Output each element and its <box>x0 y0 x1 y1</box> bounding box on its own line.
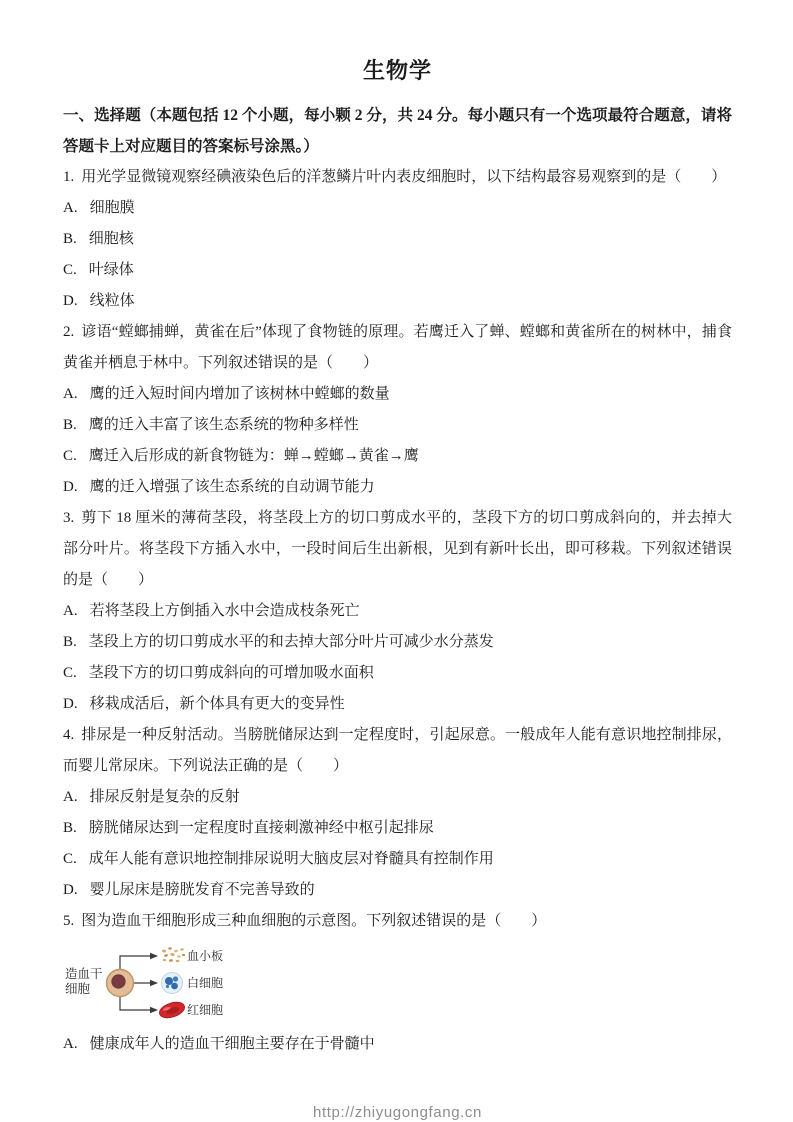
option-label: D. <box>63 882 78 898</box>
question-1-option-d: D.线粒体 <box>63 286 732 317</box>
question-stem-text: 剪下 18 厘米的薄荷茎段，将茎段上方的切口剪成水平的，茎段下方的切口剪成斜向的… <box>63 510 732 588</box>
question-1-stem: 1.用光学显微镜观察经碘液染色后的洋葱鳞片叶内表皮细胞时，以下结构最容易观察到的… <box>63 162 732 193</box>
question-number: 3. <box>63 510 74 526</box>
option-label: D. <box>63 696 78 712</box>
question-stem-text: 谚语“螳螂捕蝉，黄雀在后”体现了食物链的原理。若鹰迁入了蝉、螳螂和黄雀所在的树林… <box>63 324 732 371</box>
stem-cell-label-line2: 细胞 <box>65 982 91 996</box>
question-1-option-c: C.叶绿体 <box>63 255 732 286</box>
option-label: A. <box>63 386 78 402</box>
red-blood-cell-icon <box>157 999 186 1020</box>
option-label: C. <box>63 448 77 464</box>
blood-cell-diagram-svg: 造血干 细胞 <box>63 942 315 1028</box>
question-2-option-c: C.鹰迁入后形成的新食物链为：蝉→螳螂→黄雀→鹰 <box>63 441 732 472</box>
arrowheads <box>150 953 158 1013</box>
option-text: 细胞膜 <box>90 200 135 216</box>
question-5-stem: 5.图为造血干细胞形成三种血细胞的示意图。下列叙述错误的是（ ） <box>63 906 732 937</box>
white-cell-label: 白细胞 <box>187 976 223 990</box>
blood-cell-diagram: 造血干 细胞 <box>63 942 732 1028</box>
option-text: 鹰的迁入增强了该生态系统的自动调节能力 <box>90 479 375 495</box>
option-label: B. <box>63 231 77 247</box>
question-3-option-d: D.移栽成活后，新个体具有更大的变异性 <box>63 689 732 720</box>
option-text: 叶绿体 <box>89 262 134 278</box>
white-blood-cell-icon <box>162 973 183 994</box>
option-label: D. <box>63 479 78 495</box>
question-1-option-a: A.细胞膜 <box>63 193 732 224</box>
question-5: 5.图为造血干细胞形成三种血细胞的示意图。下列叙述错误的是（ ） 造血干 细胞 <box>63 906 732 1060</box>
question-3-stem: 3.剪下 18 厘米的薄荷茎段，将茎段上方的切口剪成水平的，茎段下方的切口剪成斜… <box>63 503 732 596</box>
option-label: B. <box>63 417 77 433</box>
question-4-option-c: C.成年人能有意识地控制排尿说明大脑皮层对脊髓具有控制作用 <box>63 844 732 875</box>
stem-cell-label-line1: 造血干 <box>65 966 103 981</box>
question-4-stem: 4.排尿是一种反射活动。当膀胱储尿达到一定程度时，引起尿意。一般成年人能有意识地… <box>63 720 732 782</box>
option-label: B. <box>63 820 77 836</box>
question-number: 2. <box>63 324 74 340</box>
option-label: D. <box>63 293 78 309</box>
question-3-option-a: A.若将茎段上方倒插入水中会造成枝条死亡 <box>63 596 732 627</box>
option-text: 鹰的迁入短时间内增加了该树林中螳螂的数量 <box>90 386 390 402</box>
option-text: 鹰迁入后形成的新食物链为：蝉→螳螂→黄雀→鹰 <box>89 448 419 464</box>
option-text: 细胞核 <box>89 231 134 247</box>
question-number: 1. <box>63 169 74 185</box>
platelets-label: 血小板 <box>187 948 223 963</box>
option-label: A. <box>63 200 78 216</box>
option-text: 茎段下方的切口剪成斜向的可增加吸水面积 <box>89 665 374 681</box>
question-stem-text: 排尿是一种反射活动。当膀胱储尿达到一定程度时，引起尿意。一般成年人能有意识地控制… <box>63 727 732 774</box>
exam-page: 生物学 一、选择题（本题包括 12 个小题，每小颗 2 分，共 24 分。每小题… <box>0 0 793 1122</box>
question-4-option-b: B.膀胱储尿达到一定程度时直接刺激神经中枢引起排尿 <box>63 813 732 844</box>
question-2: 2.谚语“螳螂捕蝉，黄雀在后”体现了食物链的原理。若鹰迁入了蝉、螳螂和黄雀所在的… <box>63 317 732 503</box>
platelets-icon <box>162 947 185 962</box>
option-text: 鹰的迁入丰富了该生态系统的物种多样性 <box>89 417 359 433</box>
question-4-option-a: A.排尿反射是复杂的反射 <box>63 782 732 813</box>
option-text: 成年人能有意识地控制排尿说明大脑皮层对脊髓具有控制作用 <box>89 851 494 867</box>
option-text: 健康成年人的造血干细胞主要存在于骨髓中 <box>90 1036 375 1052</box>
option-label: C. <box>63 665 77 681</box>
option-text: 若将茎段上方倒插入水中会造成枝条死亡 <box>90 603 360 619</box>
page-title: 生物学 <box>63 56 732 86</box>
question-2-option-d: D.鹰的迁入增强了该生态系统的自动调节能力 <box>63 472 732 503</box>
option-label: A. <box>63 1036 78 1052</box>
question-4: 4.排尿是一种反射活动。当膀胱储尿达到一定程度时，引起尿意。一般成年人能有意识地… <box>63 720 732 906</box>
question-1-option-b: B.细胞核 <box>63 224 732 255</box>
option-label: B. <box>63 634 77 650</box>
option-label: A. <box>63 789 78 805</box>
question-2-option-b: B.鹰的迁入丰富了该生态系统的物种多样性 <box>63 410 732 441</box>
question-stem-text: 用光学显微镜观察经碘液染色后的洋葱鳞片叶内表皮细胞时，以下结构最容易观察到的是（… <box>81 169 726 185</box>
question-number: 4. <box>63 727 74 743</box>
option-text: 移栽成活后，新个体具有更大的变异性 <box>90 696 345 712</box>
question-3: 3.剪下 18 厘米的薄荷茎段，将茎段上方的切口剪成水平的，茎段下方的切口剪成斜… <box>63 503 732 720</box>
footer-url: http://zhiyugongfang.cn <box>63 1104 732 1121</box>
question-5-option-a: A.健康成年人的造血干细胞主要存在于骨髓中 <box>63 1029 732 1060</box>
option-text: 婴儿尿床是膀胱发育不完善导致的 <box>90 882 315 898</box>
red-cell-label: 红细胞 <box>187 1003 223 1017</box>
option-label: A. <box>63 603 78 619</box>
option-label: C. <box>63 851 77 867</box>
option-text: 线粒体 <box>90 293 135 309</box>
section-heading: 一、选择题（本题包括 12 个小题，每小颗 2 分，共 24 分。每小题只有一个… <box>63 100 732 162</box>
question-2-stem: 2.谚语“螳螂捕蝉，黄雀在后”体现了食物链的原理。若鹰迁入了蝉、螳螂和黄雀所在的… <box>63 317 732 379</box>
hematopoietic-stem-cell-icon <box>107 970 134 997</box>
question-number: 5. <box>63 913 74 929</box>
question-1: 1.用光学显微镜观察经碘液染色后的洋葱鳞片叶内表皮细胞时，以下结构最容易观察到的… <box>63 162 732 317</box>
option-text: 排尿反射是复杂的反射 <box>90 789 240 805</box>
question-3-option-c: C.茎段下方的切口剪成斜向的可增加吸水面积 <box>63 658 732 689</box>
question-3-option-b: B.茎段上方的切口剪成水平的和去掉大部分叶片可减少水分蒸发 <box>63 627 732 658</box>
option-label: C. <box>63 262 77 278</box>
option-text: 茎段上方的切口剪成水平的和去掉大部分叶片可减少水分蒸发 <box>89 634 494 650</box>
question-4-option-d: D.婴儿尿床是膀胱发育不完善导致的 <box>63 875 732 906</box>
question-stem-text: 图为造血干细胞形成三种血细胞的示意图。下列叙述错误的是（ ） <box>81 913 546 929</box>
question-2-option-a: A.鹰的迁入短时间内增加了该树林中螳螂的数量 <box>63 379 732 410</box>
option-text: 膀胱储尿达到一定程度时直接刺激神经中枢引起排尿 <box>89 820 434 836</box>
